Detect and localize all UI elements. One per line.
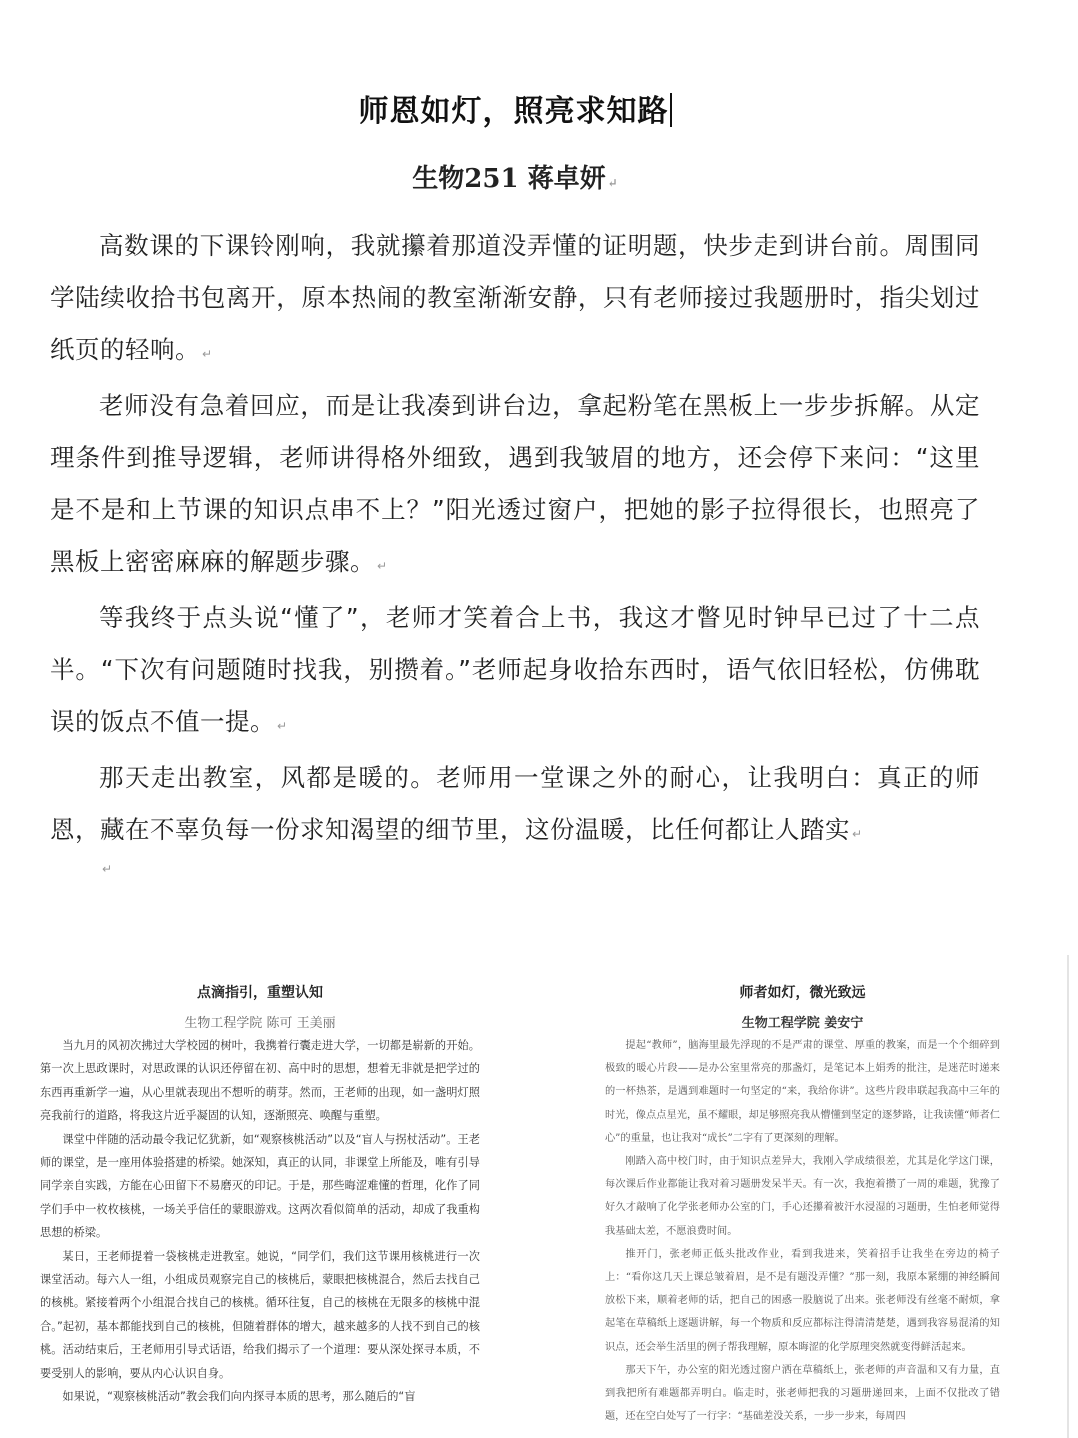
paragraph: 等我终于点头说“懂了”，老师才笑着合上书，我这才瞥见时钟早已过了十二点半。“下次… bbox=[50, 592, 980, 752]
paragraph-mark-icon: ↵ bbox=[608, 176, 618, 190]
paragraph: 推开门，张老师正低头批改作业，看到我进来，笑着招手让我坐在旁边的椅子上：“看你这… bbox=[605, 1243, 1000, 1359]
paragraph: 如果说，“观察核桃活动”教会我们向内探寻本质的思考，那么随后的“盲 bbox=[40, 1385, 480, 1408]
paragraph: 某日，王老师提着一袋核桃走进教室。她说，“同学们，我们这节课用核桃进行一次课堂活… bbox=[40, 1245, 480, 1385]
left-document-title: 点滴指引，重塑认知 bbox=[40, 982, 480, 1004]
paragraph: 那天走出教室，风都是暖的。老师用一堂课之外的耐心，让我明白：真正的师恩，藏在不辜… bbox=[50, 752, 980, 860]
title-text: 师恩如灯，照亮求知路 bbox=[359, 94, 669, 129]
right-document-title: 师者如灯，微光致远 bbox=[605, 982, 1000, 1004]
left-document-page: 点滴指引，重塑认知 生物工程学院 陈可 王美丽 当九月的风初次拂过大学校园的树叶… bbox=[40, 960, 480, 1438]
page-title: 师恩如灯，照亮求知路 bbox=[0, 86, 1030, 130]
paragraph-text: 高数课的下课铃刚响，我就攥着那道没弄懂的证明题，快步走到讲台前。周围同学陆续收拾… bbox=[50, 231, 980, 364]
author-line: 生物251 蒋卓妍↵ bbox=[0, 158, 1030, 195]
paragraph: 当九月的风初次拂过大学校园的树叶，我携着行囊走进大学，一切都是崭新的开始。第一次… bbox=[40, 1034, 480, 1128]
left-document-body: 当九月的风初次拂过大学校园的树叶，我携着行囊走进大学，一切都是崭新的开始。第一次… bbox=[40, 1034, 480, 1409]
paragraph: 刚踏入高中校门时，由于知识点差异大，我刚入学成绩很差，尤其是化学这门课，每次课后… bbox=[605, 1150, 1000, 1243]
paragraph: 提起“教师”，脑海里最先浮现的不是严肃的课堂、厚重的教案，而是一个个细碎到极致的… bbox=[605, 1034, 1000, 1150]
paragraph: 课堂中伴随的活动最令我记忆犹新，如“观察核桃活动”以及“盲人与拐杖活动”。王老师… bbox=[40, 1128, 480, 1245]
left-document-author: 生物工程学院 陈可 王美丽 bbox=[40, 1012, 480, 1032]
body-text[interactable]: 高数课的下课铃刚响，我就攥着那道没弄懂的证明题，快步走到讲台前。周围同学陆续收拾… bbox=[50, 220, 980, 860]
right-document-page: 师者如灯，微光致远 生物工程学院 姜安宁 提起“教师”，脑海里最先浮现的不是严肃… bbox=[605, 960, 1000, 1438]
right-document-author: 生物工程学院 姜安宁 bbox=[605, 1012, 1000, 1032]
main-document: 师恩如灯，照亮求知路 生物251 蒋卓妍↵ 高数课的下课铃刚响，我就攥着那道没弄… bbox=[0, 0, 1078, 900]
paragraph-text: 那天走出教室，风都是暖的。老师用一堂课之外的耐心，让我明白：真正的师恩，藏在不辜… bbox=[50, 763, 980, 844]
paragraph-text: 老师没有急着回应，而是让我凑到讲台边，拿起粉笔在黑板上一步步拆解。从定理条件到推… bbox=[50, 391, 980, 576]
paragraph: 老师没有急着回应，而是让我凑到讲台边，拿起粉笔在黑板上一步步拆解。从定理条件到推… bbox=[50, 380, 980, 592]
paragraph-mark-icon: ↵ bbox=[377, 559, 388, 573]
page-edge-divider bbox=[1067, 955, 1069, 1438]
paragraph-mark-icon: ↵ bbox=[202, 347, 213, 361]
paragraph-mark-icon: ↵ bbox=[852, 827, 863, 841]
paragraph-mark-icon: ↵ bbox=[277, 719, 288, 733]
text-cursor bbox=[670, 93, 672, 127]
author-text: 生物251 蒋卓妍 bbox=[412, 164, 605, 194]
paragraph: 高数课的下课铃刚响，我就攥着那道没弄懂的证明题，快步走到讲台前。周围同学陆续收拾… bbox=[50, 220, 980, 380]
paragraph-text: 等我终于点头说“懂了”，老师才笑着合上书，我这才瞥见时钟早已过了十二点半。“下次… bbox=[50, 603, 980, 736]
paragraph: 那天下午，办公室的阳光透过窗户洒在草稿纸上，张老师的声音温和又有力量，直到我把所… bbox=[605, 1359, 1000, 1429]
right-document-body: 提起“教师”，脑海里最先浮现的不是严肃的课堂、厚重的教案，而是一个个细碎到极致的… bbox=[605, 1034, 1000, 1428]
paragraph-mark-icon: ↵ bbox=[102, 862, 112, 876]
